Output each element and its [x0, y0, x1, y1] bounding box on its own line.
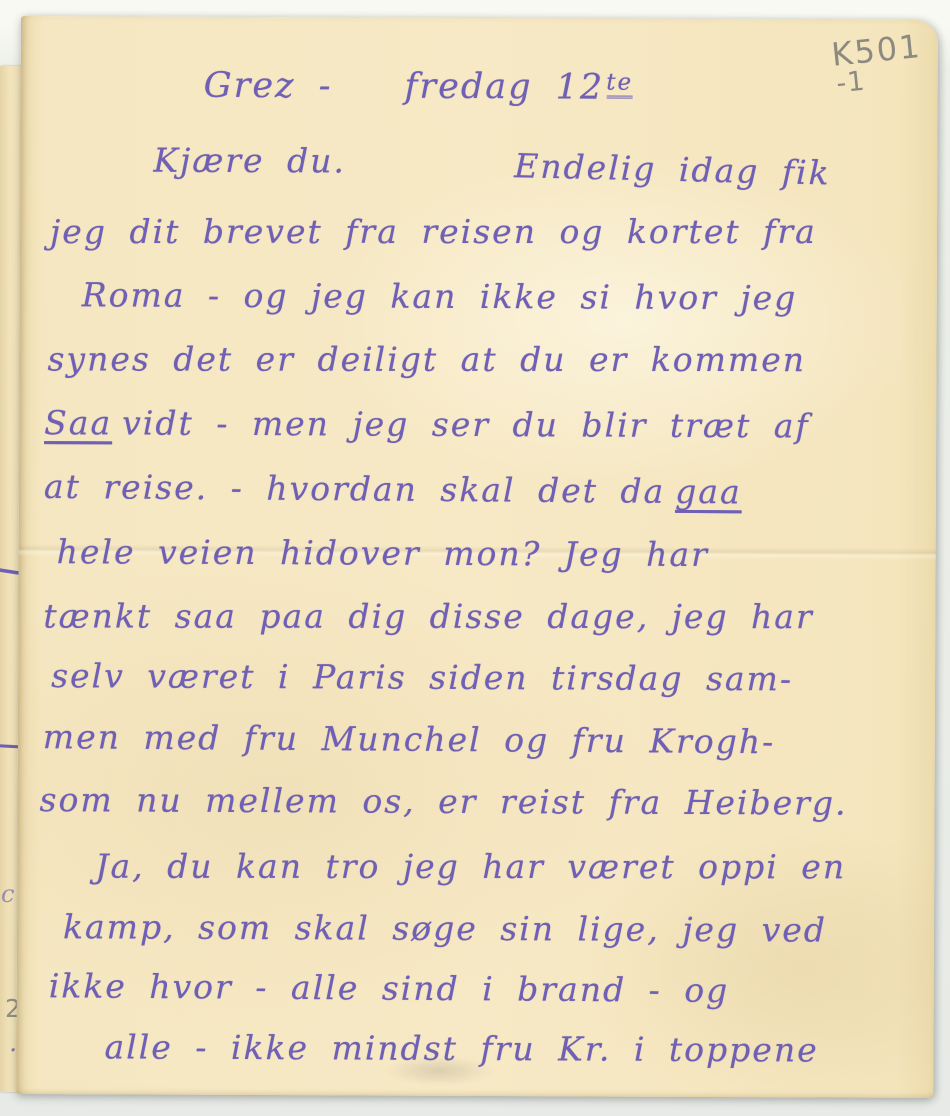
archive-code: K501 -1 [830, 26, 950, 102]
letter-line: selv været i Paris siden tirsdag sam- [51, 654, 793, 701]
opening-words: Endelig idag fik [513, 144, 830, 195]
letter-line: kamp, som skal søge sin lige, jeg ved [63, 905, 827, 952]
heading-date-suffix: te [606, 70, 633, 99]
letter-line: Roma - og jeg kan ikke si hvor jeg [82, 273, 798, 320]
salutation: Kjære du. [153, 141, 346, 181]
line-start: at reise. - hvordan skal det da [44, 467, 666, 511]
letter-line: synes det er deiligt at du er kommen [47, 337, 806, 382]
letter-heading: Grez -fredag 12te [204, 59, 634, 110]
letter-line: Saavidt - men jeg ser du blir træt af [44, 401, 810, 448]
letter-line: jeg dit brevet fra reisen og kortet fra [50, 210, 817, 254]
letter-page: K501 -1 Grez -fredag 12te Kjære du.Endel… [16, 16, 938, 1098]
scanned-letter: { "colors": { "scanner_bg": "#e7eae6", "… [0, 0, 950, 1116]
underlined-word: Saa [44, 403, 112, 442]
letter-line: alle - ikke mindst fru Kr. i toppene [104, 1025, 818, 1072]
heading-place: Grez - [204, 66, 333, 107]
letter-line: Ja, du kan tro jeg har været oppi en [95, 845, 846, 890]
ink-curve-cutoff: c [1, 880, 14, 908]
letter-line: tænkt saa paa dig disse dage, jeg har [43, 594, 813, 639]
underlined-word: gaa [675, 472, 742, 512]
line-rest: vidt - men jeg ser du blir træt af [122, 403, 810, 445]
letter-line: men med fru Munchel og fru Krogh- [43, 715, 776, 764]
letter-line: ikke hvor - alle sind i brand - og [49, 964, 730, 1013]
letter-line: at reise. - hvordan skal det dagaa [44, 465, 742, 514]
heading-date: fredag 12 [404, 67, 604, 108]
letter-line: hele veien hidover mon? Jeg har [57, 530, 709, 577]
letter-line: som nu mellem os, er reist fra Heiberg. [39, 778, 847, 826]
letter-line-salutation: Kjære du.Endelig idag fik [153, 139, 830, 186]
